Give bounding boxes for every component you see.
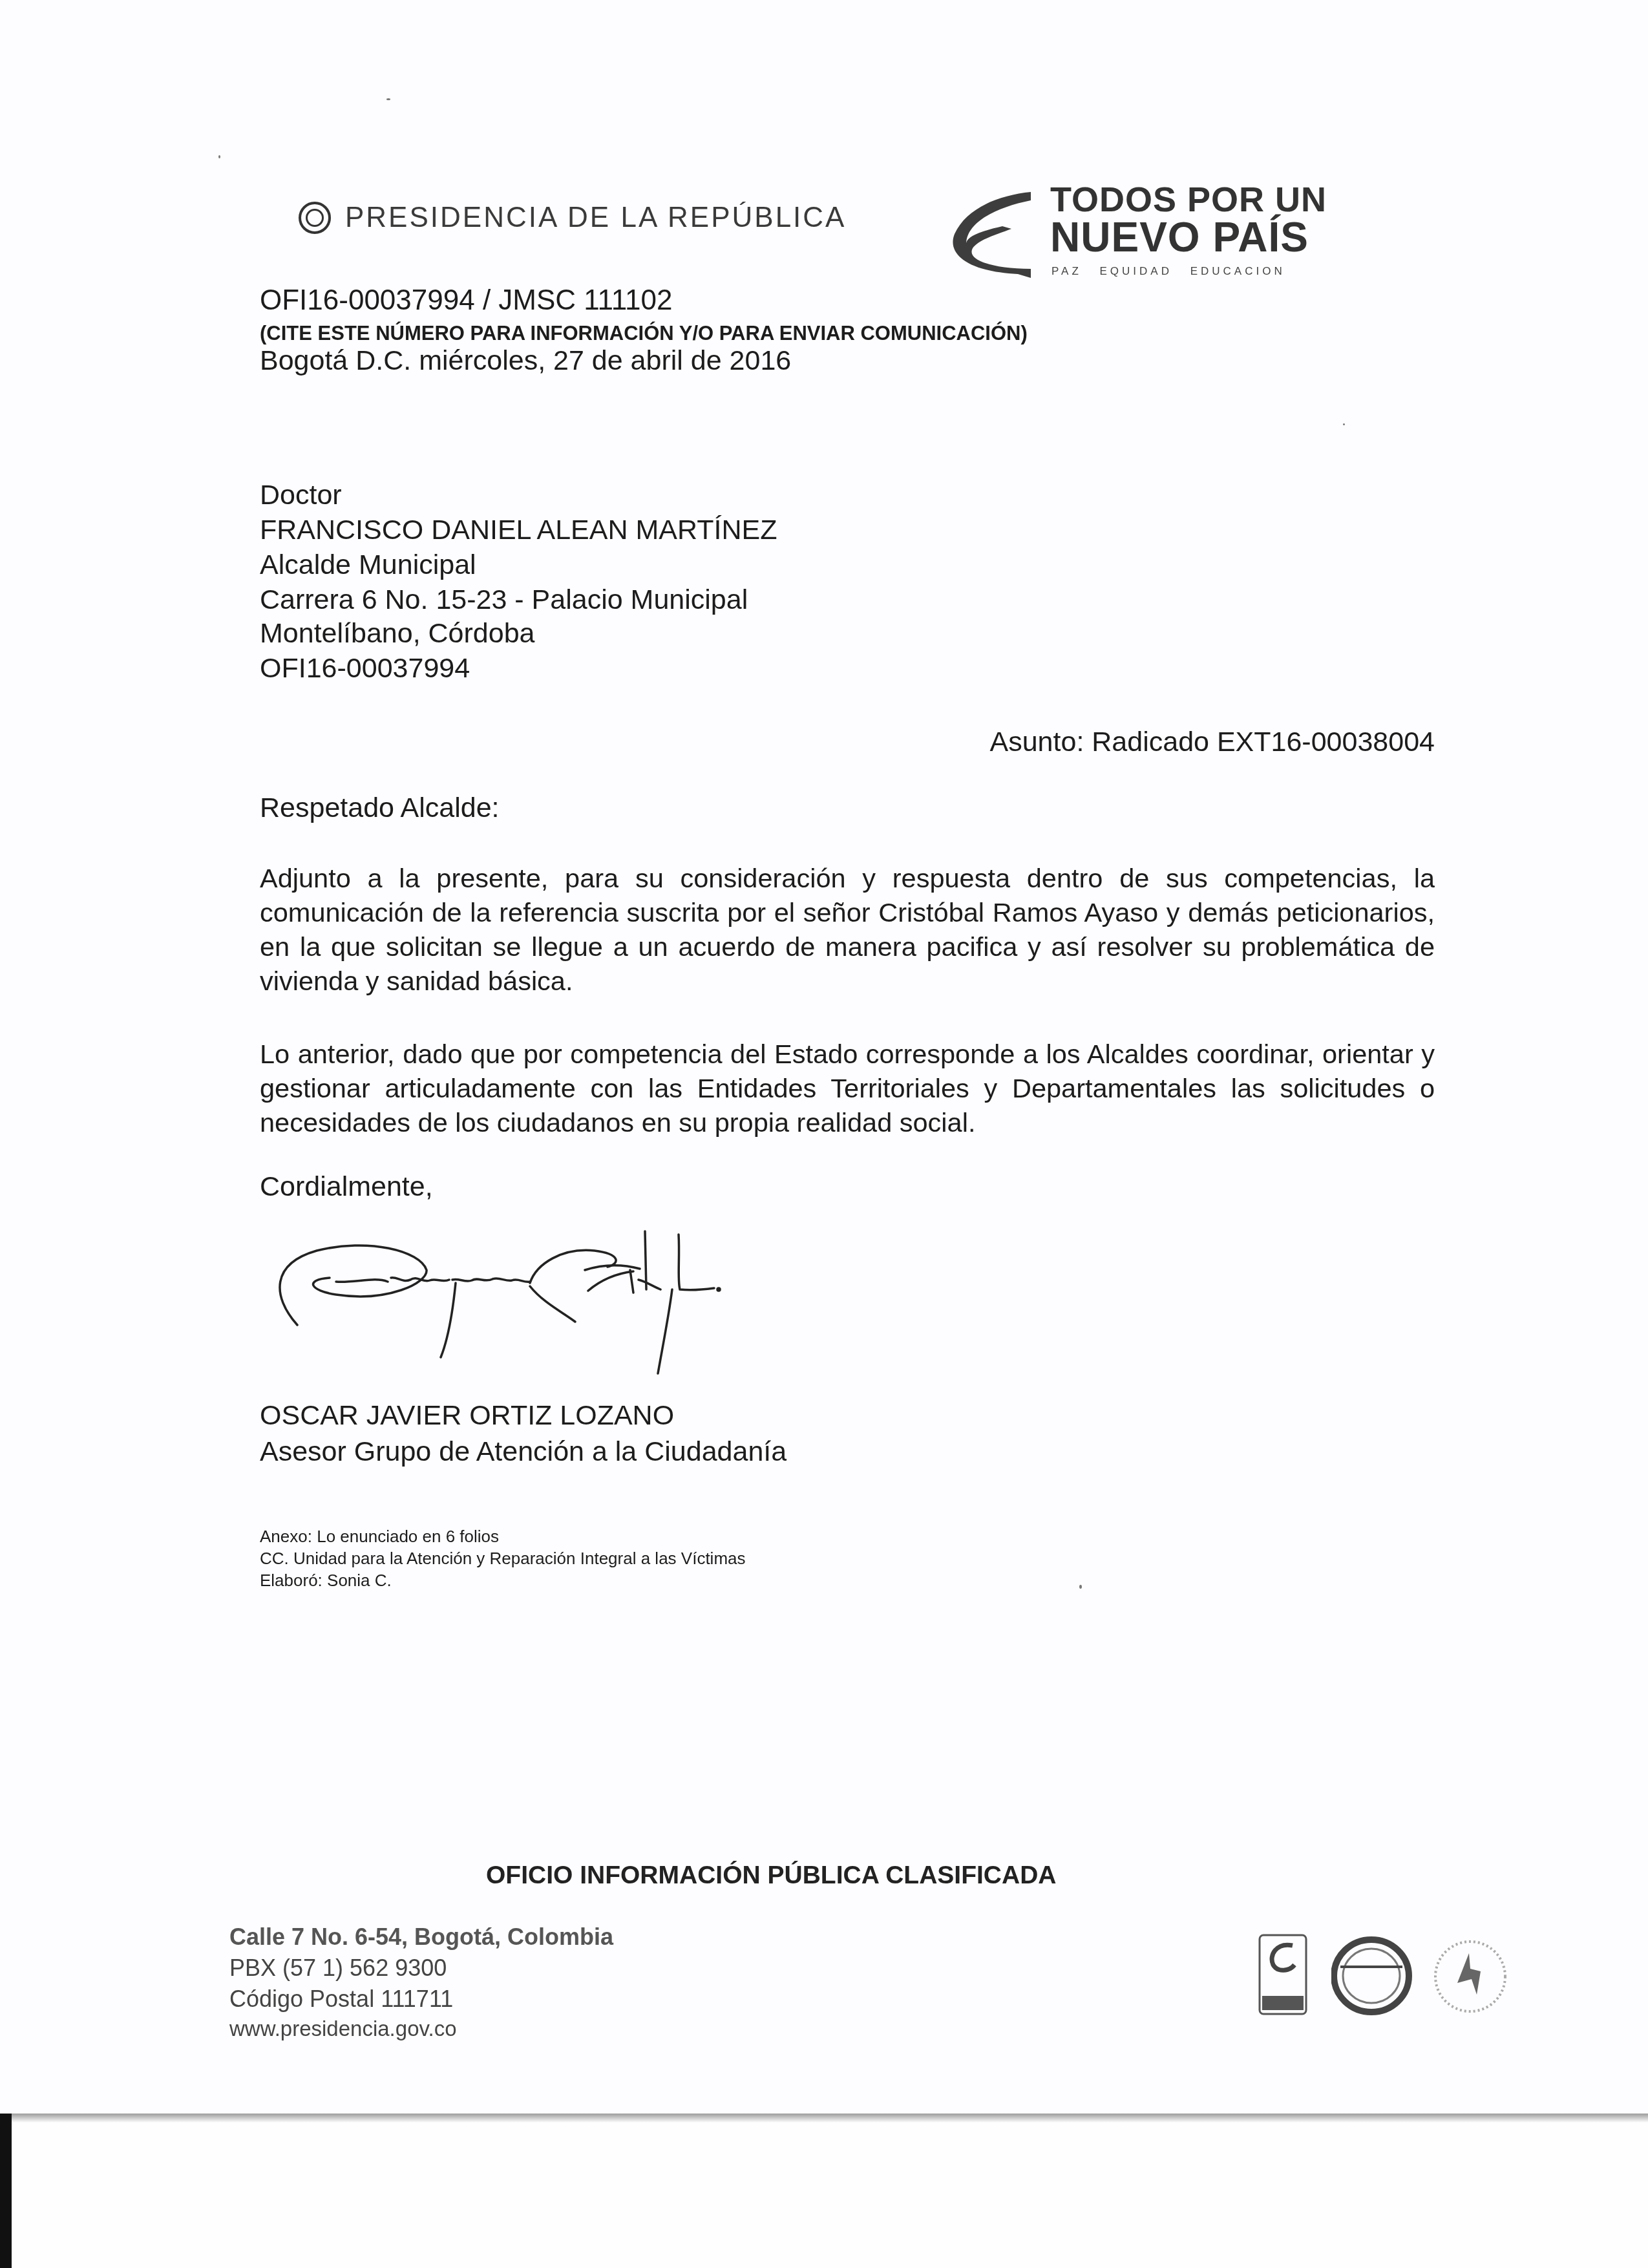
scanner-bed xyxy=(0,2114,1648,2268)
page-shadow xyxy=(12,2114,1648,2123)
iqnet-cert-icon xyxy=(1331,1936,1412,2017)
footer-postal-code: Código Postal 111711 xyxy=(229,1986,453,2013)
certification-seal-icon xyxy=(1431,1939,1509,2017)
cc-line: CC. Unidad para la Atención y Reparación… xyxy=(260,1549,746,1569)
ribbon-logo-icon xyxy=(940,189,1034,279)
footer-website: www.presidencia.gov.co xyxy=(229,2017,457,2041)
icontec-cert-icon xyxy=(1257,1933,1309,2017)
todos-por-un-nuevo-pais-logo: TODOS POR UN NUEVO PAÍS PAZ EQUIDAD EDUC… xyxy=(940,180,1302,283)
prepared-by-line: Elaboró: Sonia C. xyxy=(260,1571,392,1591)
letter-page: PRESIDENCIA DE LA REPÚBLICA TODOS POR UN… xyxy=(0,0,1648,2114)
recipient-address: Carrera 6 No. 15-23 - Palacio Municipal xyxy=(260,584,748,616)
recipient-city: Montelíbano, Córdoba xyxy=(260,618,535,650)
body-paragraph-1: Adjunto a la presente, para su considera… xyxy=(260,861,1435,998)
logo-tagline: PAZ EQUIDAD EDUCACION xyxy=(1051,265,1285,278)
footer-address: Calle 7 No. 6-54, Bogotá, Colombia xyxy=(229,1924,613,1951)
scan-speck xyxy=(1079,1585,1082,1589)
subject-line: Asunto: Radicado EXT16-00038004 xyxy=(990,726,1435,758)
institution-header: PRESIDENCIA DE LA REPÚBLICA xyxy=(299,202,846,234)
annex-line: Anexo: Lo enunciado en 6 folios xyxy=(260,1527,499,1547)
recipient-title: Alcalde Municipal xyxy=(260,549,476,581)
signer-title: Asesor Grupo de Atención a la Ciudadanía xyxy=(260,1436,787,1468)
closing: Cordialmente, xyxy=(260,1171,433,1203)
greeting: Respetado Alcalde: xyxy=(260,792,500,824)
scan-speck xyxy=(1343,423,1345,425)
institution-name: PRESIDENCIA DE LA REPÚBLICA xyxy=(345,202,846,234)
logo-line-2: NUEVO PAÍS xyxy=(1050,213,1309,261)
footer-phone: PBX (57 1) 562 9300 xyxy=(229,1955,447,1982)
scan-speck xyxy=(386,98,390,100)
cite-note: (CITE ESTE NÚMERO PARA INFORMACIÓN Y/O P… xyxy=(260,322,1028,345)
recipient-reference: OFI16-00037994 xyxy=(260,653,470,684)
recipient-salutation: Doctor xyxy=(260,480,342,511)
scan-speck xyxy=(218,155,220,158)
place-date: Bogotá D.C. miércoles, 27 de abril de 20… xyxy=(260,345,791,377)
handwritten-signature xyxy=(259,1218,788,1386)
classification-label: OFICIO INFORMACIÓN PÚBLICA CLASIFICADA xyxy=(486,1861,1057,1890)
signer-name: OSCAR JAVIER ORTIZ LOZANO xyxy=(260,1400,674,1432)
scanner-edge xyxy=(0,2114,12,2268)
recipient-name: FRANCISCO DANIEL ALEAN MARTÍNEZ xyxy=(260,514,777,546)
coat-of-arms-seal-icon xyxy=(299,202,331,234)
reference-number: OFI16-00037994 / JMSC 111102 xyxy=(260,284,672,317)
body-paragraph-2: Lo anterior, dado que por competencia de… xyxy=(260,1037,1435,1139)
